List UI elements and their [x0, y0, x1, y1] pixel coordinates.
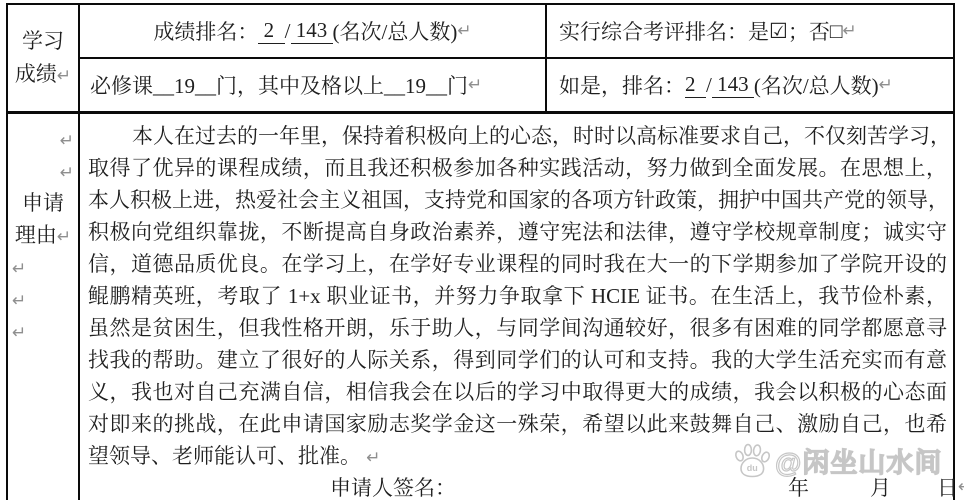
required-courses-text: 必修课__19__门，其中及格以上__19__门 [90, 70, 468, 100]
yes-checkbox-checked-icon: ☑ [769, 19, 788, 44]
comprehensive-evaluation-cell: 实行综合考评排名：是☑；否□↵ [547, 5, 953, 57]
paragraph-mark-icon: ↵ [457, 23, 471, 40]
essay-line: 对即来的挑战，在此申请国家励志奖学金这一殊荣，希望以此来鼓舞自己、激励自己，也希 [88, 408, 947, 440]
application-reason-label-line2: 理由↵ [8, 219, 78, 251]
no-label: 否 [809, 16, 830, 46]
study-grades-label-line1: 学习 [22, 25, 64, 58]
study-grades-row-label: 学习 成绩↵ [8, 5, 78, 111]
paragraph-mark-icon: ↵ [843, 23, 857, 40]
paragraph-mark-icon: ↵ [366, 448, 380, 468]
essay-line: 信，道德品质优良。在学习上，在学好专业课程的同时我在大一的下学期参加了学院开设的 [88, 248, 947, 280]
comprehensive-evaluation-label: 实行综合考评排名： [559, 16, 748, 46]
paragraph-mark-icon: ↵ [12, 259, 26, 279]
grade-rank-label: 成绩排名： [153, 16, 258, 46]
semicolon: ； [788, 16, 809, 46]
paragraph-mark-icon: ↵ [12, 291, 26, 311]
paragraph-mark-icon: ↵ [958, 479, 964, 496]
grade-rank-suffix: (名次/总人数) [333, 16, 458, 46]
essay-line: 本人积极上进，热爱社会主义祖国，支持党和国家的各项方针政策，拥护中国共产党的领导… [88, 184, 947, 216]
scholarship-application-form: 学习 成绩↵ 成绩排名： 2 / 143 (名次/总人数)↵ 实行综合考评排名：… [0, 0, 964, 500]
yes-label: 是 [748, 16, 769, 46]
if-yes-rank-cell: 如是，排名：2 / 143 (名次/总人数)↵ [547, 59, 953, 111]
paragraph-mark-icon: ↵ [60, 163, 74, 183]
application-reason-row-label: ↵ ↵ 申请 理由↵ ↵ ↵ ↵ [8, 114, 78, 500]
paragraph-mark-icon: ↵ [468, 77, 482, 94]
baidu-paw-icon: du [731, 442, 773, 480]
essay-line: 积极向党组织靠拢，不断提高自身政治素养，遵守宪法和法律，遵守学校规章制度；诚实守 [88, 216, 947, 248]
application-reason-label-line1: 申请 [8, 187, 78, 219]
grade-rank-value: 2 [258, 18, 284, 44]
date-day-label: 日 [937, 472, 958, 500]
if-yes-rank-suffix: (名次/总人数) [754, 70, 879, 100]
essay-line: 虽然是贫困生，但我性格开朗，乐于助人，与同学间沟通较好，很多有困难的同学都愿意寻 [88, 312, 947, 344]
essay-line: 取得了优异的课程成绩，而且我还积极参加各种实践活动，努力做到全面发展。在思想上， [88, 152, 947, 184]
no-checkbox-empty-icon: □ [830, 19, 843, 44]
date-year-label: 年 [788, 472, 809, 500]
paragraph-mark-icon: ↵ [57, 66, 71, 86]
study-grades-label-line2: 成绩↵ [15, 58, 71, 91]
paragraph-mark-icon: ↵ [57, 227, 71, 247]
paragraph-mark-icon: ↵ [12, 323, 26, 343]
form-table: 学习 成绩↵ 成绩排名： 2 / 143 (名次/总人数)↵ 实行综合考评排名：… [6, 3, 955, 500]
grade-rank-cell: 成绩排名： 2 / 143 (名次/总人数)↵ [80, 5, 545, 57]
paragraph-mark-icon: ↵ [60, 131, 74, 151]
essay-line: 本人在过去的一年里，保持着积极向上的心态，时时以高标准要求自己，不仅刻苦学习， [88, 120, 947, 152]
essay-line: 鲲鹏精英班，考取了 1+x 职业证书，并努力争取拿下 HCIE 证书。在生活上，… [88, 280, 947, 312]
if-yes-rank-total: 143 [712, 72, 754, 98]
if-yes-rank-label: 如是，排名： [559, 70, 685, 100]
date-line: 年 月 日 ↵ [788, 472, 964, 500]
date-month-label: 月 [870, 472, 891, 500]
required-courses-cell: 必修课__19__门，其中及格以上__19__门↵ [80, 59, 545, 111]
paragraph-mark-icon: ↵ [879, 77, 893, 94]
svg-text:du: du [747, 463, 758, 473]
essay-line: 找我的帮助。建立了很好的人际关系，得到同学们的认可和支持。我的大学生活充实而有意 [88, 344, 947, 376]
if-yes-rank-value: 2 [685, 72, 706, 98]
essay-line: 义，我也对自己充满自信，相信我会在以后的学习中取得更大的成绩，我会以积极的心态面 [88, 376, 947, 408]
grade-rank-total: 143 [291, 18, 333, 44]
